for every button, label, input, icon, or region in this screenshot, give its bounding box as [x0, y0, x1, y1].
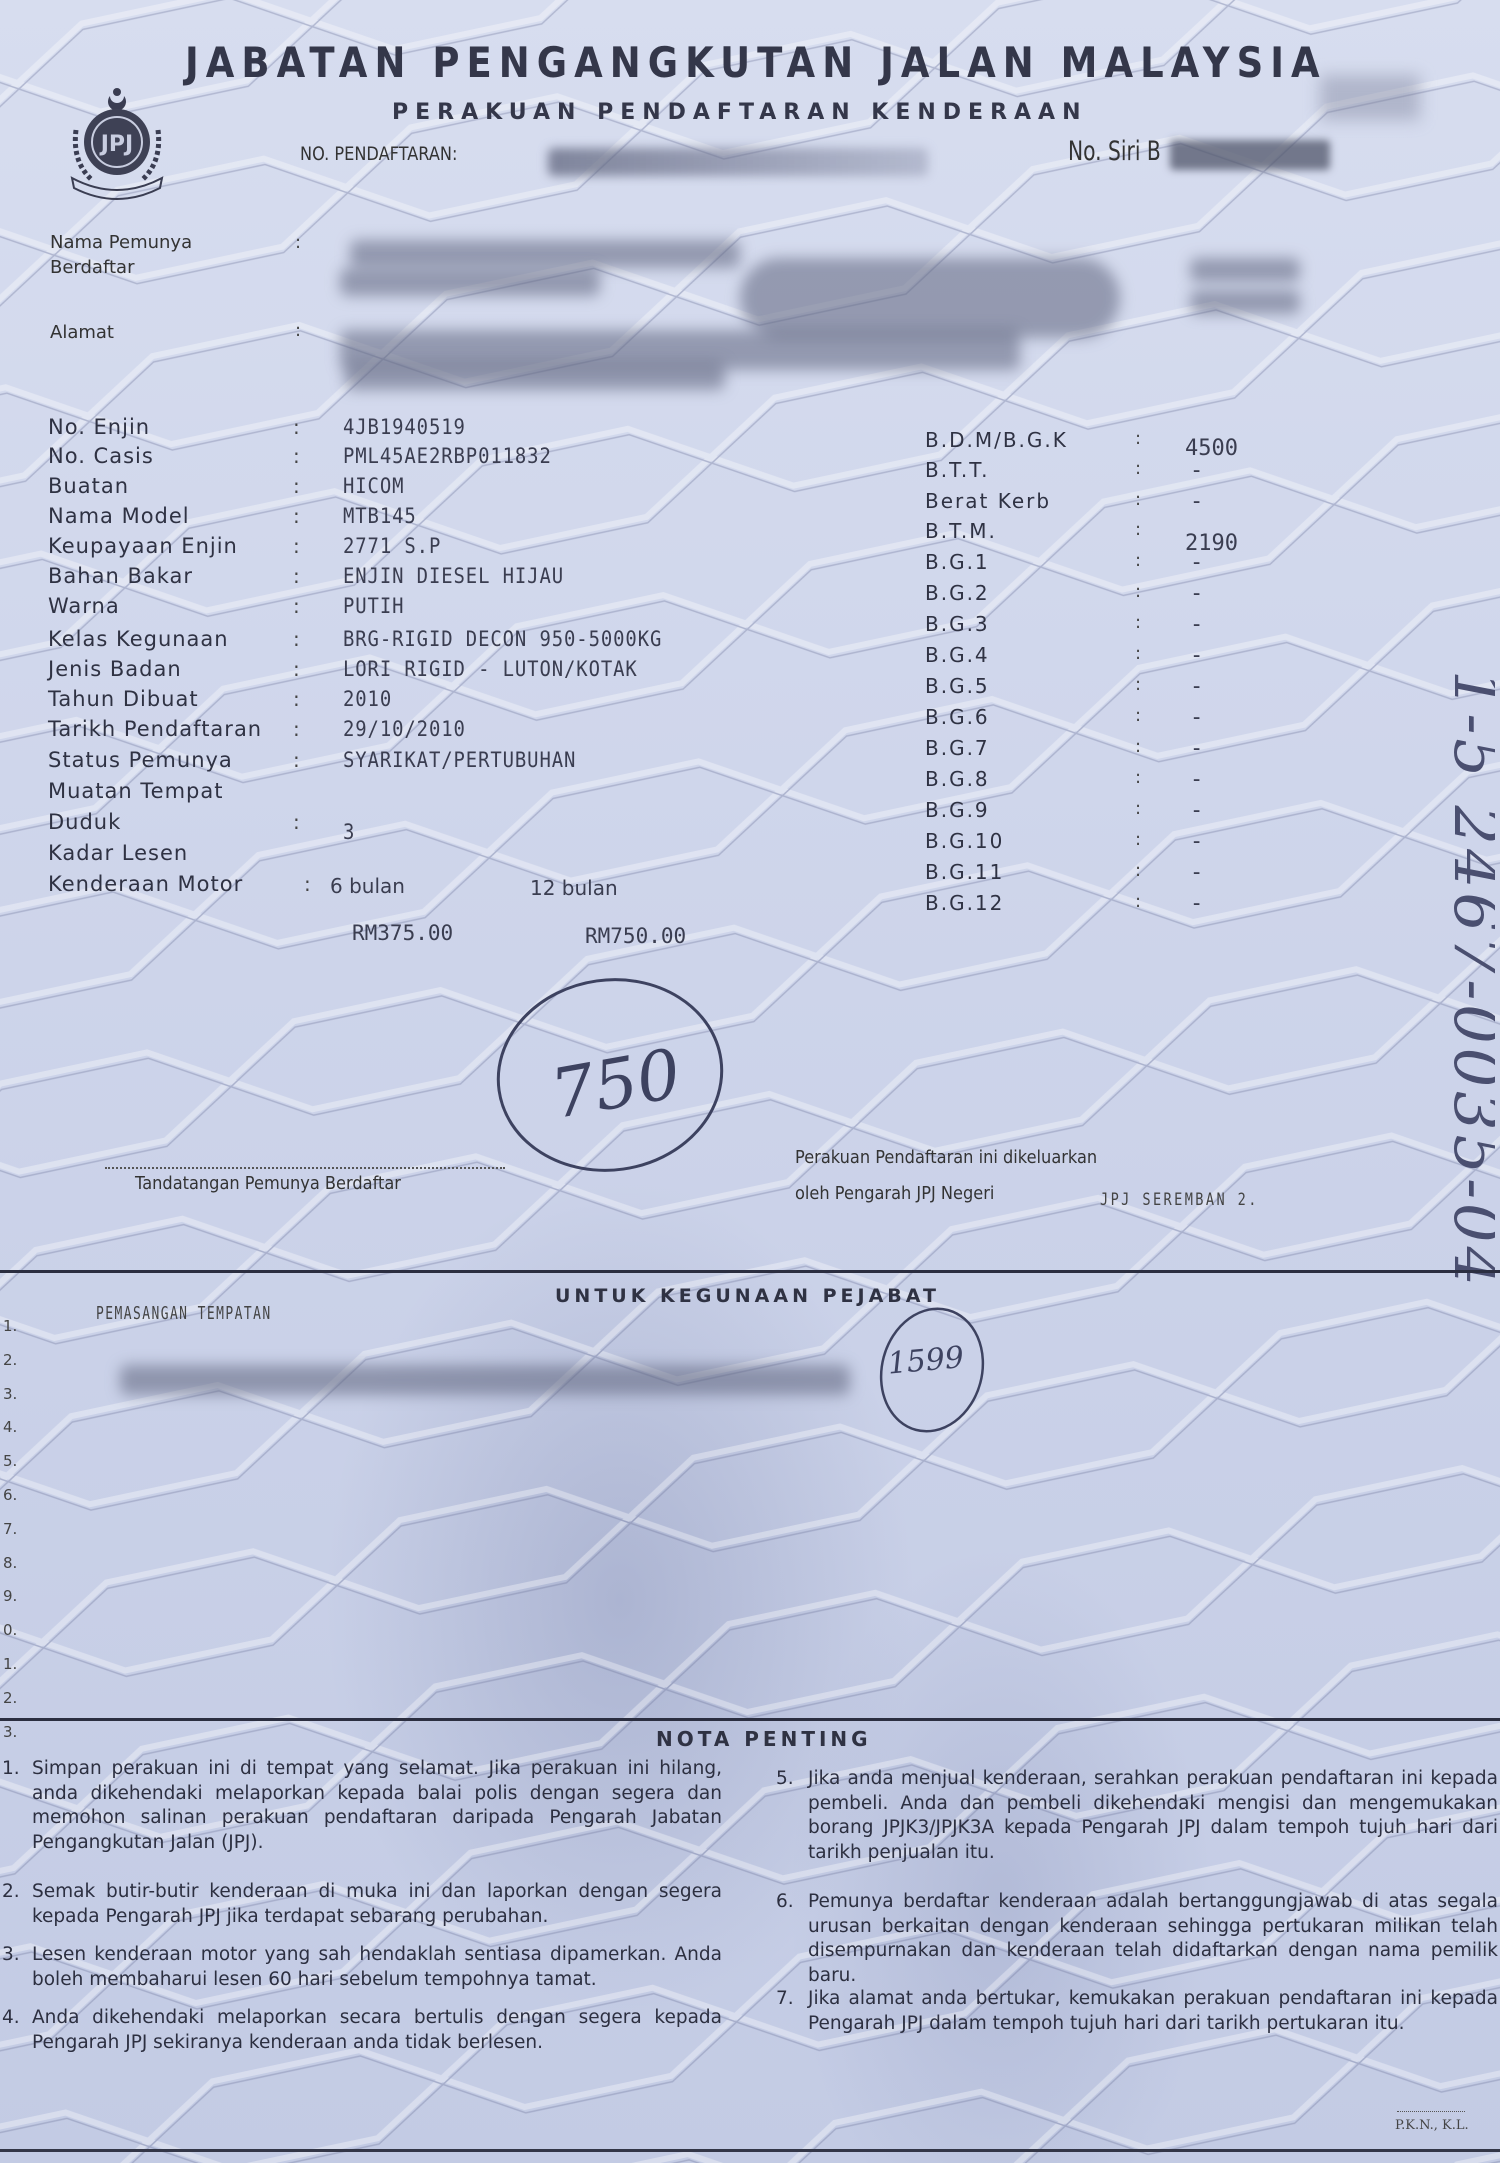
printer-code-rule [1397, 2111, 1465, 2112]
field-colon: : [293, 627, 300, 651]
fuel-value: ENJIN DIESEL HIJAU [343, 564, 564, 588]
engine-number-value: 4JB1940519 [343, 415, 466, 439]
weight-label: B.G.5 [925, 674, 990, 698]
note-text: Jika anda menjual kenderaan, serahkan pe… [808, 1768, 1498, 1863]
notes-title: NOTA PENTING [656, 1727, 872, 1751]
weight-label: B.G.1 [925, 550, 990, 574]
field-colon: : [293, 564, 300, 588]
note-text: Lesen kenderaan motor yang sah hendaklah… [32, 1944, 722, 1990]
weight-colon: : [1135, 612, 1141, 633]
note-number: 1. [2, 1757, 20, 1782]
note-number: 6. [776, 1890, 794, 1915]
owner-name-redacted-2 [340, 268, 600, 296]
address-redacted-2 [345, 362, 725, 390]
weight-label: B.G.2 [925, 581, 990, 605]
office-line-number: 1. [3, 1648, 17, 1682]
note-item: 7.Jika alamat anda bertukar, kemukakan p… [808, 1987, 1498, 2036]
owner-name-colon: : [295, 232, 301, 253]
field-label: Tahun Dibuat [48, 687, 199, 711]
note-item: 1.Simpan perakuan ini di tempat yang sel… [32, 1757, 722, 1855]
redacted-mark [1320, 75, 1420, 120]
field-label: Status Pemunya [48, 748, 233, 772]
registration-number-label: NO. PENDAFTARAN: [300, 143, 457, 165]
weight-value: - [1190, 612, 1203, 637]
owner-name-label: Nama Pemunya Berdaftar [50, 230, 192, 280]
address-label: Alamat [50, 320, 114, 345]
office-line-number: 5. [3, 1445, 17, 1479]
weight-colon: : [1135, 643, 1141, 664]
field-colon: : [293, 748, 300, 772]
field-label: Duduk [48, 810, 121, 834]
office-line-number: 9. [3, 1580, 17, 1614]
svg-text:JPJ: JPJ [99, 132, 134, 157]
note-number: 3. [2, 1943, 20, 1968]
weight-label: B.G.4 [925, 643, 990, 667]
weight-colon: : [1135, 428, 1141, 449]
office-line-numbers: 1.2.3.4.5.6.7.8.9.0.1.2.3. [3, 1310, 17, 1749]
weight-colon: : [1135, 489, 1141, 510]
weight-label: B.G.8 [925, 767, 990, 791]
field-label: No. Casis [48, 444, 154, 468]
field-label: Keupayaan Enjin [48, 534, 238, 558]
field-label: Kelas Kegunaan [48, 627, 229, 651]
bottom-border [0, 2149, 1500, 2152]
field-label: Nama Model [48, 504, 190, 528]
field-label: Muatan Tempat [48, 779, 223, 803]
office-line-number: 0. [3, 1614, 17, 1648]
note-number: 5. [776, 1767, 794, 1792]
note-item: 2.Semak butir-butir kenderaan di muka in… [32, 1880, 722, 1929]
field-colon: : [304, 872, 311, 896]
owner-name-label-line1: Nama Pemunya [50, 230, 192, 255]
signature-line [105, 1167, 505, 1169]
license-fee-6: RM375.00 [352, 921, 453, 945]
note-item: 6.Pemunya berdaftar kenderaan adalah ber… [808, 1890, 1498, 1988]
owner-name-redacted-3 [740, 258, 1120, 338]
owner-name-label-line2: Berdaftar [50, 255, 192, 280]
office-line-number: 6. [3, 1479, 17, 1513]
issuing-office: JPJ SEREMBAN 2. [1100, 1190, 1259, 1210]
office-line-number: 1. [3, 1310, 17, 1344]
note-text: Jika alamat anda bertukar, kemukakan per… [808, 1988, 1498, 2034]
license-fee-12: RM750.00 [585, 924, 686, 948]
weight-value: - [1190, 489, 1203, 514]
weight-value: - [1190, 674, 1203, 699]
weight-label: B.D.M/B.G.K [925, 428, 1068, 452]
field-colon: : [293, 810, 300, 834]
field-label: Kadar Lesen [48, 841, 188, 865]
issued-by-line2: oleh Pengarah JPJ Negeri [795, 1183, 994, 1204]
serial-number-label: No. Siri B [1068, 136, 1161, 167]
weight-colon: : [1135, 550, 1141, 571]
note-text: Semak butir-butir kenderaan di muka ini … [32, 1881, 722, 1927]
serial-number-value-redacted [1170, 140, 1330, 170]
seating-value: 3 [343, 820, 355, 844]
weight-label: B.G.7 [925, 736, 990, 760]
issued-by-line1: Perakuan Pendaftaran ini dikeluarkan [795, 1147, 1097, 1168]
office-line-number: 8. [3, 1547, 17, 1581]
field-label: Bahan Bakar [48, 564, 193, 588]
printer-code: P.K.N., K.L. [1395, 2118, 1469, 2133]
weight-colon: : [1135, 581, 1141, 602]
office-line-number: 3. [3, 1378, 17, 1412]
weight-label: B.G.10 [925, 829, 1004, 853]
note-number: 4. [2, 2006, 20, 2031]
owner-name-redacted [350, 240, 740, 268]
agency-title: JABATAN PENGANGKUTAN JALAN MALAYSIA [185, 38, 1327, 87]
note-number: 7. [776, 1987, 794, 2012]
registration-date-value: 29/10/2010 [343, 717, 466, 741]
field-colon: : [293, 687, 300, 711]
weight-label: B.G.6 [925, 705, 990, 729]
office-line-number: 4. [3, 1411, 17, 1445]
note-item: 3.Lesen kenderaan motor yang sah hendakl… [32, 1943, 722, 1992]
weight-colon: : [1135, 798, 1141, 819]
weight-value: - [1190, 458, 1203, 483]
weight-label: Berat Kerb [925, 489, 1051, 513]
field-colon: : [293, 415, 300, 439]
weight-colon: : [1135, 736, 1141, 757]
office-line-number: 2. [3, 1344, 17, 1378]
owner-signature-label: Tandatangan Pemunya Berdaftar [135, 1173, 401, 1194]
weight-value: - [1190, 798, 1203, 823]
field-colon: : [293, 534, 300, 558]
weight-label: B.G.3 [925, 612, 990, 636]
field-label: Buatan [48, 474, 129, 498]
weight-label: B.G.9 [925, 798, 990, 822]
model-value: MTB145 [343, 504, 417, 528]
license-period-6: 6 bulan [330, 874, 405, 898]
office-entry-redacted [120, 1365, 850, 1395]
weight-label: B.G.12 [925, 891, 1004, 915]
field-colon: : [293, 717, 300, 741]
weight-value: - [1190, 736, 1203, 761]
weight-value: - [1190, 767, 1203, 792]
note-text: Simpan perakuan ini di tempat yang selam… [32, 1758, 722, 1853]
office-entry-1: PEMASANGAN TEMPATAN [96, 1303, 272, 1324]
section-divider [0, 1270, 1500, 1273]
weight-colon: : [1135, 891, 1141, 912]
weight-colon: : [1135, 860, 1141, 881]
weight-colon: : [1135, 829, 1141, 850]
license-period-12: 12 bulan [530, 876, 618, 900]
weight-value: - [1190, 829, 1203, 854]
jpj-crest-icon: JPJ [62, 82, 172, 202]
engine-capacity-value: 2771 S.P [343, 534, 441, 558]
weight-colon: : [1135, 767, 1141, 788]
chassis-number-value: PML45AE2RBP011832 [343, 444, 552, 468]
weight-colon: : [1135, 705, 1141, 726]
field-colon: : [293, 657, 300, 681]
registration-number-value-redacted [548, 148, 928, 176]
field-colon: : [293, 444, 300, 468]
note-item: 5.Jika anda menjual kenderaan, serahkan … [808, 1767, 1498, 1865]
weight-colon: : [1135, 519, 1141, 540]
field-label: Tarikh Pendaftaran [48, 717, 262, 741]
office-line-number: 2. [3, 1682, 17, 1716]
owner-status-value: SYARIKAT/PERTUBUHAN [343, 748, 576, 772]
office-line-number: 7. [3, 1513, 17, 1547]
weight-value: - [1190, 705, 1203, 730]
weight-label: B.T.M. [925, 519, 997, 543]
note-number: 2. [2, 1880, 20, 1905]
year-made-value: 2010 [343, 687, 392, 711]
weight-value: - [1190, 891, 1203, 916]
usage-class-value: BRG-RIGID DECON 950-5000KG [343, 627, 662, 651]
body-type-value: LORI RIGID - LUTON/KOTAK [343, 657, 638, 681]
weight-label: B.T.T. [925, 458, 989, 482]
owner-id-redacted-2 [1190, 290, 1300, 314]
weight-value: - [1190, 581, 1203, 606]
address-colon: : [295, 320, 301, 341]
field-label: Kenderaan Motor [48, 872, 243, 896]
field-colon: : [293, 504, 300, 528]
document-title: PERAKUAN PENDAFTARAN KENDERAAN [392, 100, 1088, 125]
notes-divider [0, 1718, 1500, 1721]
note-item: 4.Anda dikehendaki melaporkan secara ber… [32, 2006, 722, 2055]
make-value: HICOM [343, 474, 404, 498]
field-label: Jenis Badan [48, 657, 182, 681]
weight-value: - [1190, 860, 1203, 885]
weight-colon: : [1135, 458, 1141, 479]
field-colon: : [293, 474, 300, 498]
field-label: Warna [48, 594, 120, 618]
weight-value: - [1190, 550, 1203, 575]
field-colon: : [293, 594, 300, 618]
weight-label: B.G.11 [925, 860, 1004, 884]
office-use-title: UNTUK KEGUNAAN PEJABAT [555, 1285, 940, 1307]
note-text: Pemunya berdaftar kenderaan adalah berta… [808, 1891, 1498, 1986]
weight-value: - [1190, 643, 1203, 668]
weight-colon: : [1135, 674, 1141, 695]
owner-id-redacted [1190, 258, 1300, 282]
colour-value: PUTIH [343, 594, 404, 618]
field-label: No. Enjin [48, 415, 150, 439]
note-text: Anda dikehendaki melaporkan secara bertu… [32, 2007, 722, 2053]
